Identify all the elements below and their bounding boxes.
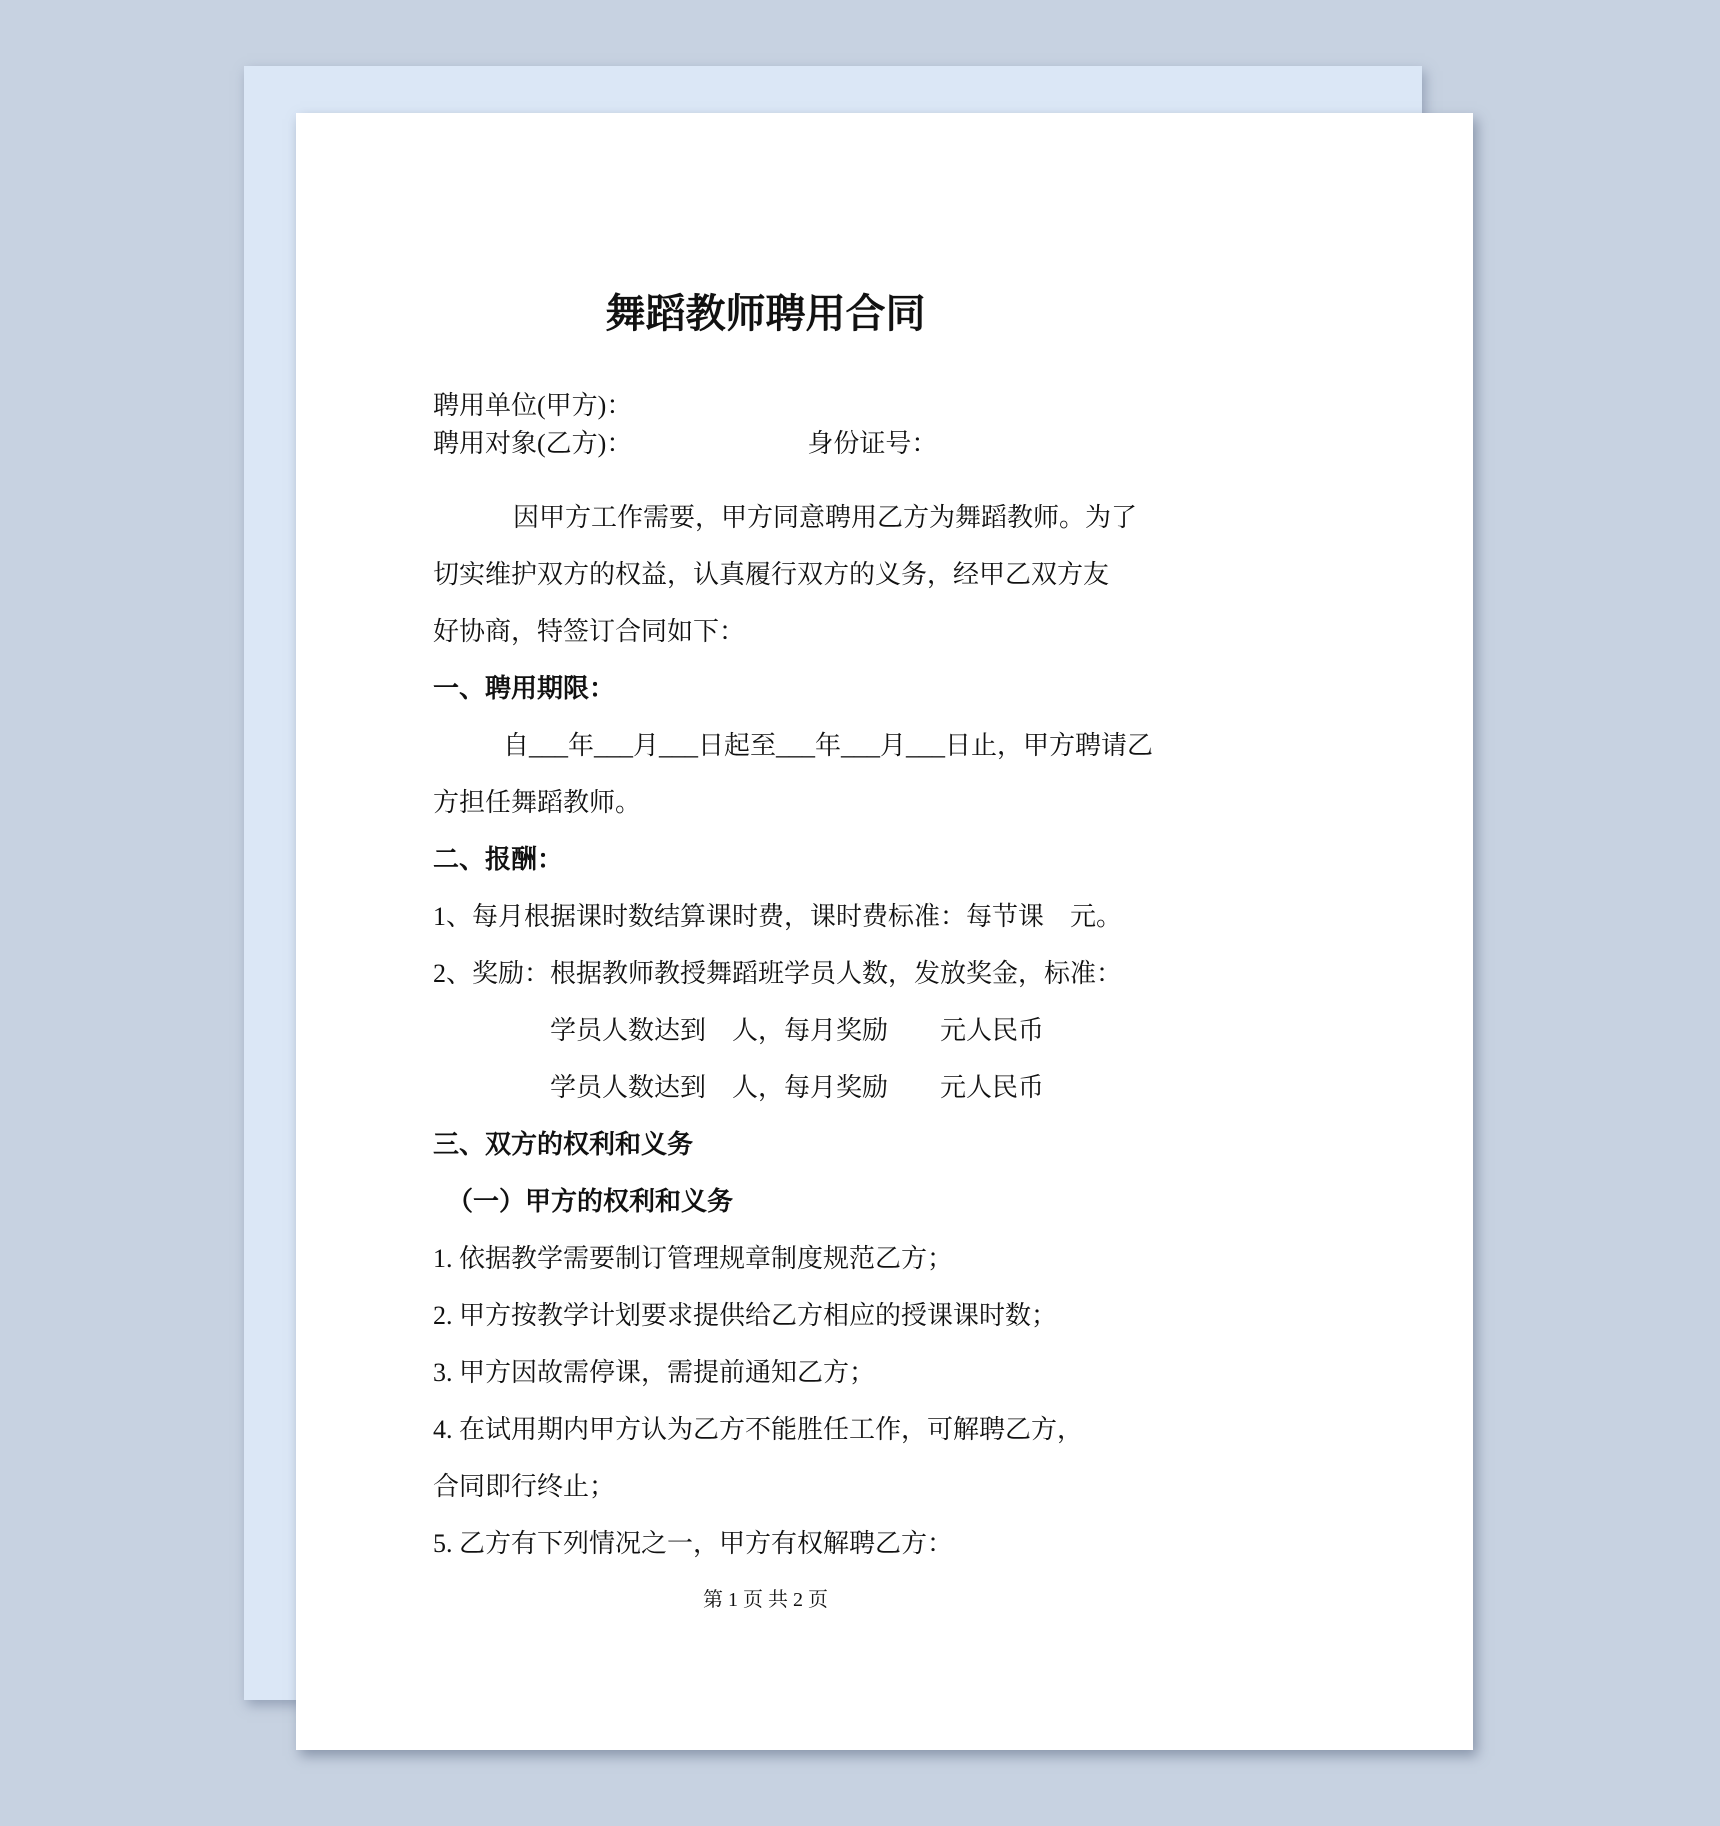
document-content: 舞蹈教师聘用合同 聘用单位(甲方)： 聘用对象(乙方)：身份证号： 因甲方工作需…	[433, 113, 1098, 1614]
sub-section-heading: （一）甲方的权利和义务	[433, 1173, 1098, 1230]
content-line: 1. 依据教学需要制订管理规章制度规范乙方；	[433, 1230, 1098, 1287]
content-line: 合同即行终止；	[433, 1458, 1098, 1515]
party-a-label: 聘用单位(甲方)：	[433, 391, 632, 420]
party-b-label: 聘用对象(乙方)：	[433, 429, 632, 458]
content-line: 5. 乙方有下列情况之一，甲方有权解聘乙方：	[433, 1515, 1098, 1572]
content-line: 因甲方工作需要，甲方同意聘用乙方为舞蹈教师。为了	[433, 489, 1098, 546]
content-line: 切实维护双方的权益，认真履行双方的义务，经甲乙双方友	[433, 546, 1098, 603]
content-line: 1、每月根据课时数结算课时费，课时费标准：每节课 元。	[433, 888, 1098, 945]
content-line: 2、奖励：根据教师教授舞蹈班学员人数，发放奖金，标准：	[433, 945, 1098, 1002]
section-heading: 二、报酬：	[433, 831, 1098, 888]
content-line: 2. 甲方按教学计划要求提供给乙方相应的授课课时数；	[433, 1287, 1098, 1344]
document-page: 舞蹈教师聘用合同 聘用单位(甲方)： 聘用对象(乙方)：身份证号： 因甲方工作需…	[296, 113, 1473, 1750]
page-number-footer: 第 1 页 共 2 页	[433, 1586, 1098, 1614]
content-line: 自___年___月___日起至___年___月___日止，甲方聘请乙	[433, 717, 1098, 774]
id-number-label: 身份证号：	[807, 425, 937, 463]
party-a-line: 聘用单位(甲方)：	[433, 387, 1098, 425]
party-b-line: 聘用对象(乙方)：身份证号：	[433, 425, 1098, 463]
content-line: 方担任舞蹈教师。	[433, 774, 1098, 831]
contract-body: 因甲方工作需要，甲方同意聘用乙方为舞蹈教师。为了 切实维护双方的权益，认真履行双…	[433, 489, 1098, 1572]
content-line: 好协商，特签订合同如下：	[433, 603, 1098, 660]
section-heading: 一、聘用期限：	[433, 660, 1098, 717]
section-heading: 三、双方的权利和义务	[433, 1116, 1098, 1173]
content-line: 学员人数达到 人，每月奖励 元人民币	[433, 1002, 1098, 1059]
desktop-background: { "doc": { "title": "舞蹈教师聘用合同", "parties…	[0, 0, 1720, 1826]
content-line: 4. 在试用期内甲方认为乙方不能胜任工作，可解聘乙方，	[433, 1401, 1098, 1458]
content-line: 3. 甲方因故需停课，需提前通知乙方；	[433, 1344, 1098, 1401]
parties-block: 聘用单位(甲方)： 聘用对象(乙方)：身份证号：	[433, 387, 1098, 463]
document-title: 舞蹈教师聘用合同	[433, 283, 1098, 345]
content-line: 学员人数达到 人，每月奖励 元人民币	[433, 1059, 1098, 1116]
